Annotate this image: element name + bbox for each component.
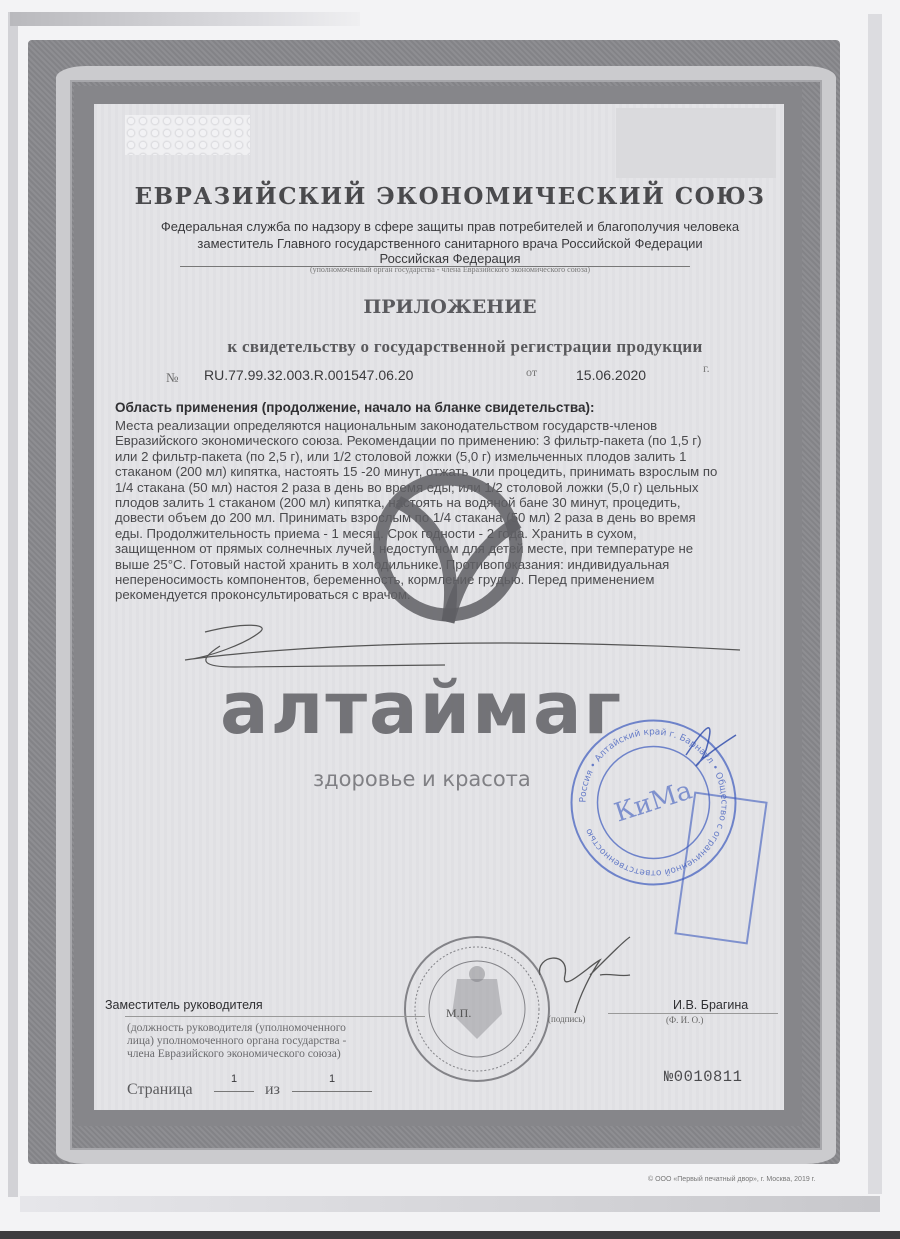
signature-icon: [530, 935, 640, 1015]
scope-heading: Область применения (продолжение, начало …: [115, 400, 595, 415]
number-sign: №: [166, 370, 178, 386]
watermark-brand: алтаймаг: [220, 666, 623, 750]
union-title: ЕВРАЗИЙСКИЙ ЭКОНОМИЧЕСКИЙ СОЮЗ: [0, 183, 900, 210]
position-caption-line: лица) уполномоченного органа государства…: [127, 1035, 427, 1048]
printer-credit: © ООО «Первый печатный двор», г. Москва,…: [648, 1176, 815, 1183]
page-number: 1: [214, 1073, 254, 1092]
scan-edge-top: [10, 12, 360, 26]
seal-place-label: М.П.: [446, 1006, 471, 1021]
watermark-tagline: здоровье и красота: [313, 767, 531, 791]
scan-edge-bottom: [20, 1196, 880, 1212]
authority-line-1: Федеральная служба по надзору в сфере за…: [0, 219, 900, 234]
form-serial-number: №0010811: [664, 1068, 742, 1086]
page-total: 1: [292, 1073, 372, 1092]
authority-line-3: Российская Федерация: [0, 251, 900, 266]
security-rosette: [125, 115, 250, 155]
signer-name: И.В. Брагина: [673, 998, 748, 1012]
scan-bottom-border: [0, 1231, 900, 1239]
authority-line-2: заместитель Главного государственного са…: [0, 236, 900, 251]
page-label: Страница: [127, 1081, 193, 1099]
from-label: от: [526, 365, 537, 380]
year-suffix: г.: [703, 361, 710, 376]
of-label: из: [265, 1081, 280, 1099]
scope-line: Евразийского экономического союза. Реком…: [115, 433, 815, 448]
appendix-subtitle: к свидетельству о государственной регист…: [0, 337, 900, 357]
registration-number: RU.77.99.32.003.R.001547.06.20: [204, 367, 413, 383]
appendix-title: ПРИЛОЖЕНИЕ: [0, 296, 900, 318]
registration-date: 15.06.2020: [576, 367, 646, 383]
position-caption-line: члена Евразийского экономического союза): [127, 1048, 427, 1061]
position-caption-line: (должность руководителя (уполномоченного: [127, 1022, 427, 1035]
signature-caption: (подпись): [548, 1014, 585, 1024]
fio-caption: (Ф. И. О.): [666, 1015, 703, 1025]
security-patch: [616, 108, 776, 178]
name-underline: [608, 1013, 778, 1014]
position-caption: (должность руководителя (уполномоченного…: [127, 1022, 427, 1061]
company-stamp-logo: КиМа: [611, 775, 696, 828]
scope-line: Места реализации определяются национальн…: [115, 418, 815, 433]
leaf-logo-icon: [368, 452, 528, 642]
signer-position: Заместитель руководителя: [105, 998, 263, 1012]
authority-caption: (уполномоченный орган государства - член…: [0, 265, 900, 274]
position-underline: [125, 1016, 425, 1017]
